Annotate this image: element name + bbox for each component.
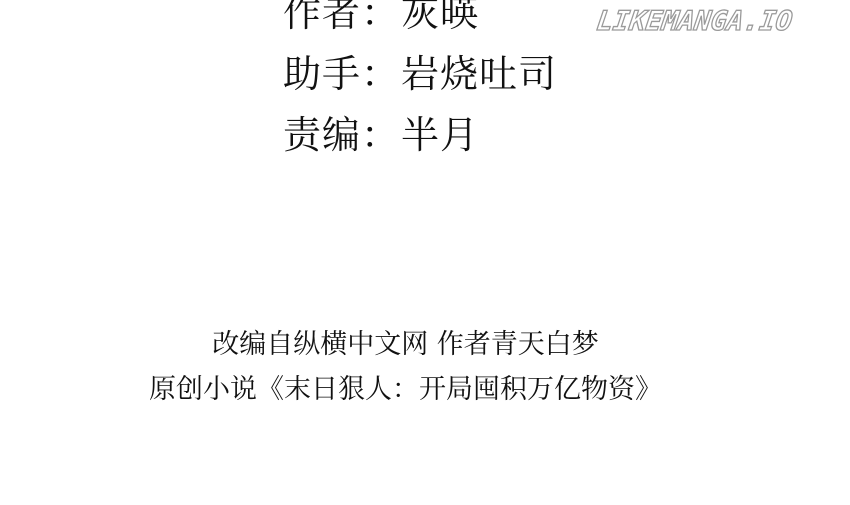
adaptation-source-line: 改编自纵横中文网 作者青天白梦 [0,322,811,361]
credit-editor: 责编：半月 [283,105,557,166]
credit-role-label: 作者 [283,0,361,44]
credit-separator: ： [361,105,401,166]
credit-name: 半月 [401,105,479,166]
credits-block: 作者：灰暎 助手：岩烧吐司 责编：半月 [283,0,557,166]
credit-separator: ： [361,0,401,44]
site-watermark: LIKEMANGA.IO [595,6,794,37]
credit-name: 岩烧吐司 [401,44,557,105]
credit-assistant: 助手：岩烧吐司 [283,44,557,105]
credit-role-label: 责编 [283,105,361,166]
credit-role-label: 助手 [283,44,361,105]
credit-author: 作者：灰暎 [283,0,557,44]
original-novel-line: 原创小说《末日狠人：开局囤积万亿物资》 [0,367,811,406]
credit-name: 灰暎 [401,0,479,44]
credit-separator: ： [361,44,401,105]
